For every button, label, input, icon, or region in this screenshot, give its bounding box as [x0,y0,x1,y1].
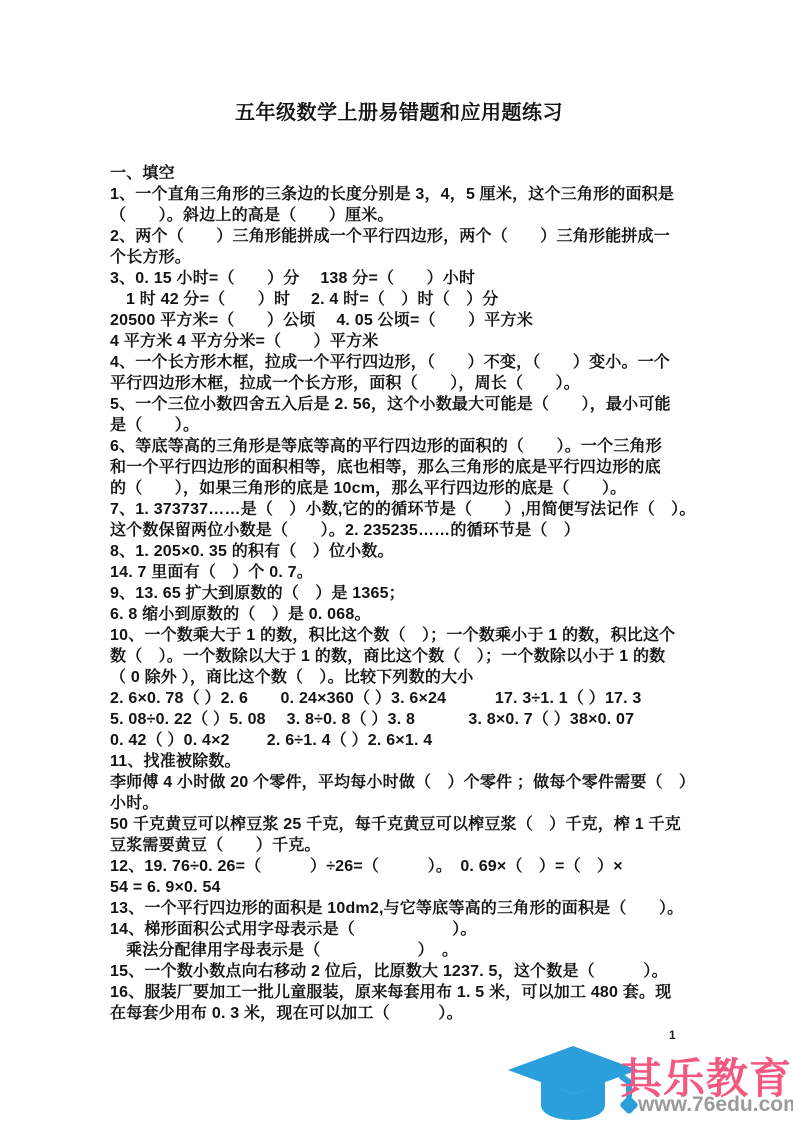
document-line: 5. 08÷0. 22（ ）5. 08 3. 8÷0. 8（ ）3. 8 3. … [110,709,688,730]
document-line: 13、一个平行四边形的面积是 10dm2,与它等底等高的三角形的面积是（ ）。 [110,898,688,919]
document-line: （ ）。斜边上的高是（ ）厘米。 [110,205,688,226]
document-line: （ 0 除外 ），商比这个数（ ）。比较下列数的大小 [110,667,688,688]
document-line: 李师傅 4 小时做 20 个零件，平均每小时做（ ）个零件 ；做每个零件需要（ … [110,772,688,793]
document-line: 小时。 [110,793,688,814]
document-line: 15、一个数小数点向右移动 2 位后，比原数大 1237. 5，这个数是（ ）。 [110,961,688,982]
document-line: 6. 8 缩小到原数的（ ）是 0. 068。 [110,604,688,625]
document-line: 是（ ）。 [110,415,688,436]
document-line: 14. 7 里面有（ ）个 0. 7。 [110,562,688,583]
document-line: 20500 平方米=（ ）公顷 4. 05 公顷=（ ）平方米 [110,310,688,331]
document-line: 2、两个（ ）三角形能拼成一个平行四边形，两个（ ）三角形能拼成一 [110,226,688,247]
document-line: 2. 6×0. 78（ ）2. 6 0. 24×360（ ）3. 6×24 17… [110,688,688,709]
document-line: 4、一个长方形木框，拉成一个平行四边形，（ ）不变，（ ）变小。一个 [110,352,688,373]
document-line: 乘法分配律用字母表示是（ ） 。 [110,940,688,961]
page-title: 五年级数学上册易错题和应用题练习 [110,100,688,126]
document-line: 5、一个三位小数四舍五入后是 2. 56，这个小数最大可能是（ ），最小可能 [110,394,688,415]
document-line: 3、0. 15 小时=（ ）分 138 分=（ ）小时 [110,268,688,289]
document-line: 14、梯形面积公式用字母表示是（ ）。 [110,919,688,940]
document-line: 豆浆需要黄豆（ ）千克。 [110,835,688,856]
document-line: 1 时 42 分=（ ）时 2. 4 时=（ ）时（ ）分 [110,289,688,310]
document-line: 平行四边形木框，拉成一个长方形，面积（ ），周长（ ）。 [110,373,688,394]
document-body: 一、填空1、一个直角三角形的三条边的长度分别是 3，4，5 厘米，这个三角形的面… [110,163,688,1024]
document-line: 和一个平行四边形的面积相等，底也相等，那么三角形的底是平行四边形的底 [110,457,688,478]
document-line: 这个数保留两位小数是（ ）。2. 235235……的循环节是（ ） [110,520,688,541]
footer-logo: 其乐教育 www.76edu.com [498,1040,793,1122]
document-line: 1、一个直角三角形的三条边的长度分别是 3，4，5 厘米，这个三角形的面积是 [110,184,688,205]
document-line: 9、13. 65 扩大到原数的（ ）是 1365； [110,583,688,604]
brand-website: www.76edu.com [638,1093,793,1117]
document-line: 4 平方米 4 平方分米=（ ）平方米 [110,331,688,352]
document-line: 12、19. 76÷0. 26=（ ）÷26=（ ）。 0. 69×（ ）=（ … [110,856,688,877]
document-line: 10、一个数乘大于 1 的数，积比这个数（ ）；一个数乘小于 1 的数，积比这个 [110,625,688,646]
document-line: 11、找准被除数。 [110,751,688,772]
document-line: 8、1. 205×0. 35 的积有（ ）位小数。 [110,541,688,562]
document-line: 的（ ），如果三角形的底是 10cm，那么平行四边形的底是（ ）。 [110,478,688,499]
document-line: 16、服装厂要加工一批儿童服装，原来每套用布 1. 5 米，可以加工 480 套… [110,982,688,1003]
document-line: 50 千克黄豆可以榨豆浆 25 千克，每千克黄豆可以榨豆浆（ ）千克，榨 1 千… [110,814,688,835]
document-line: 6、等底等高的三角形是等底等高的平行四边形的面积的（ ）。一个三角形 [110,436,688,457]
document-line: 个长方形。 [110,247,688,268]
document-line: 54 = 6. 9×0. 54 [110,877,688,898]
document-line: 在每套少用布 0. 3 米，现在可以加工（ ）。 [110,1003,688,1024]
document-line: 数（ ）。一个数除以大于 1 的数，商比这个数（ ）；一个数除以小于 1 的数 [110,646,688,667]
document-line: 0. 42（ ）0. 4×2 2. 6÷1. 4（ ）2. 6×1. 4 [110,730,688,751]
worksheet-page: 五年级数学上册易错题和应用题练习 一、填空1、一个直角三角形的三条边的长度分别是… [0,0,793,1122]
section-heading: 一、填空 [110,163,688,184]
document-content: 五年级数学上册易错题和应用题练习 一、填空1、一个直角三角形的三条边的长度分别是… [110,100,688,1024]
document-line: 7、1. 373737……是（ ）小数,它的的循环节是（ ）,用简便写法记作（ … [110,499,688,520]
